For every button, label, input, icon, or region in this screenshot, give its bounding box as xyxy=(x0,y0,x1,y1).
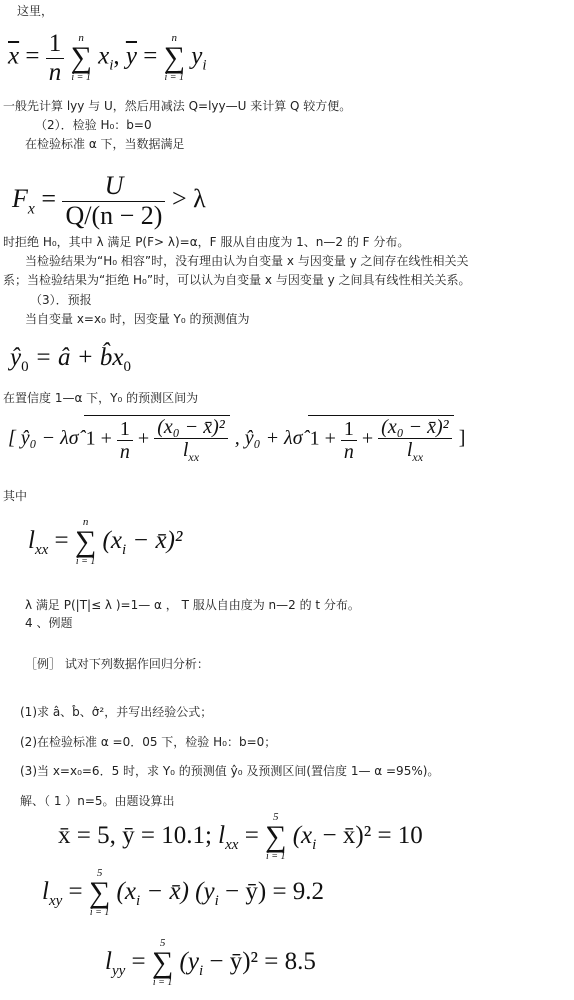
paragraph-predict: 当自变量 x=x₀ 时，因变量 Y₀ 的预测值为 xyxy=(25,310,249,327)
paragraph-reject: 时拒绝 H₀，其中 λ 满足 P(F> λ)=α，F 服从自由度为 1、n—2 … xyxy=(3,233,409,250)
sqrt-expression: 1 + 1n + (x₀ − x̄)²lxx xyxy=(84,415,230,464)
question-2: (2)在检验标准 α =0．05 下，检验 H₀：b=0； xyxy=(20,733,276,750)
equation-means: x = 1n n∑i = 1 xi, y = n∑i = 1 yi xyxy=(8,30,207,86)
equation-solution-lyy: lyy = 5∑i = 1 (yi − ȳ)² = 8.5 xyxy=(105,938,316,989)
heading-test: （2）．检验 H₀：b=0 xyxy=(35,116,152,133)
solution-intro: 解、（ 1 ）n=5。由题设算出 xyxy=(20,792,175,809)
equation-lxx: lxx = n∑i = 1 (xi − x̄)² xyxy=(28,517,182,568)
text-where: 其中 xyxy=(3,487,27,504)
example-title: ［例］ 试对下列数据作回归分析： xyxy=(25,655,209,672)
question-3: (3)当 x=x₀=6．5 时，求 Y₀ 的预测值 ŷ₀ 及预测区间(置信度 1… xyxy=(20,762,439,779)
equation-solution-means: x̄ = 5, ȳ = 10.1; lxx = 5∑i = 1 (xi − x̄… xyxy=(58,812,423,863)
equation-solution-lxy: lxy = 5∑i = 1 (xi − x̄) (yi − ȳ) = 9.2 xyxy=(42,868,324,919)
summation: n∑i = 1 xyxy=(164,33,185,84)
paragraph-lambda: λ 满足 P(|T|≤ λ )=1— α ， T 服从自由度为 n—2 的 t … xyxy=(25,596,360,613)
paragraph-compatible: 当检验结果为“H₀ 相容”时，没有理由认为自变量 x 与因变量 y 之间存在线性… xyxy=(25,252,469,269)
equation-interval: [ ŷ₀ − λσ̂ 1 + 1n + (x₀ − x̄)²lxx , ŷ₀ +… xyxy=(8,415,465,464)
equation-f: Fx = UQ/(n − 2) > λ xyxy=(12,172,206,230)
paragraph-lyy: 一般先计算 lyy 与 U，然后用减法 Q=lyy—U 来计算 Q 较方便。 xyxy=(3,97,351,114)
summation: 5∑i = 1 xyxy=(89,868,110,919)
summation: 5∑i = 1 xyxy=(265,812,286,863)
equation-prediction: ŷ0 = â + b̂x0 xyxy=(10,344,131,376)
summation: 5∑i = 1 xyxy=(152,938,173,989)
paragraph-reject-result: 系；当检验结果为“拒绝 H₀”时，可以认为自变量 x 与因变量 y 之间具有线性… xyxy=(3,271,471,288)
question-1: (1)求 â、b̂、σ̂²，并写出经验公式； xyxy=(20,703,212,720)
heading-forecast: （3）．预报 xyxy=(30,291,92,308)
summation: n∑i = 1 xyxy=(75,517,96,568)
paragraph-interval: 在置信度 1—α 下，Y₀ 的预测区间为 xyxy=(3,389,198,406)
intro-text: 这里， xyxy=(17,2,53,19)
paragraph-condition: 在检验标准 α 下，当数据满足 xyxy=(25,135,185,152)
heading-example: 4 、例题 xyxy=(25,614,72,631)
sqrt-expression: 1 + 1n + (x₀ − x̄)²lxx xyxy=(308,415,454,464)
summation: n∑i = 1 xyxy=(70,33,91,84)
